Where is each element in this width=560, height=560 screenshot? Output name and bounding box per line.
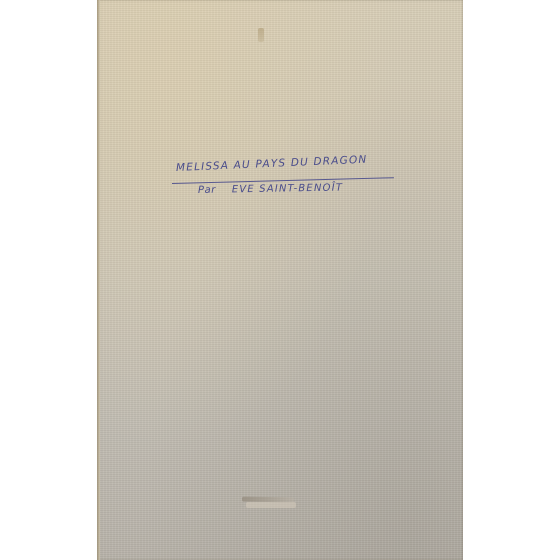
bottom-tape-residue	[246, 502, 296, 508]
photo-stage: MELISSA AU PAYS DU DRAGON Par EVE SAINT-…	[0, 0, 560, 560]
bottom-pencil-mark	[242, 497, 294, 503]
author-prefix: Par	[198, 185, 216, 196]
author-name: EVE SAINT-BENOÎT	[232, 182, 344, 195]
paper-sheet	[97, 0, 463, 560]
top-tape-mark	[258, 28, 264, 42]
paper-left-edge	[97, 0, 100, 560]
